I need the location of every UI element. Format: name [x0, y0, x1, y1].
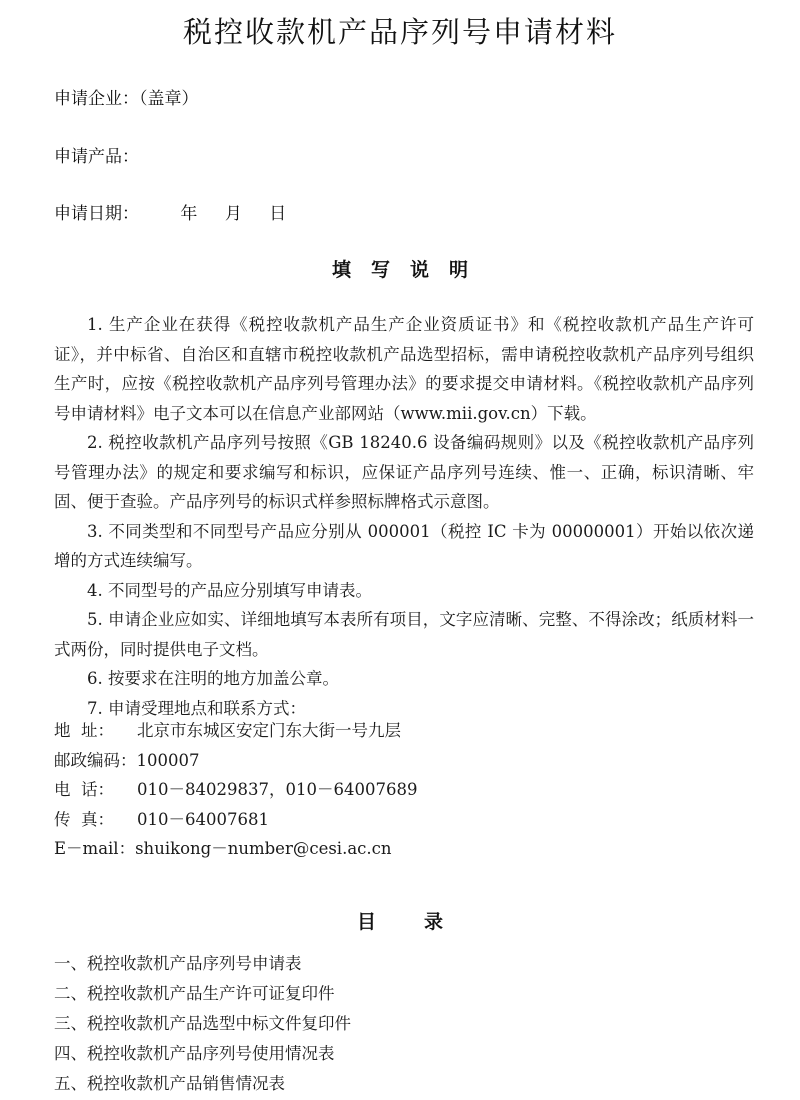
instructions-list: 1. 生产企业在获得《税控收款机产品生产企业资质证书》和《税控收款机产品生产许可… — [54, 310, 754, 723]
phone-value: 010－84029837，010－64007689 — [137, 780, 417, 799]
date-year-label: 年 — [180, 204, 197, 224]
instruction-item-1: 1. 生产企业在获得《税控收款机产品生产企业资质证书》和《税控收款机产品生产许可… — [54, 310, 754, 428]
applicant-field-label: 申请企业：（盖章） — [54, 84, 199, 109]
phone-label: 电 — [54, 775, 71, 805]
postcode-label: 邮政编码： — [54, 751, 137, 770]
date-field: 申请日期： 年 月 日 — [54, 199, 294, 224]
date-field-label: 申请日期： — [54, 204, 139, 224]
toc-list: 一、税控收款机产品序列号申请表 二、税控收款机产品生产许可证复印件 三、税控收款… — [54, 949, 351, 1099]
postcode-value: 100007 — [137, 751, 200, 770]
fax-label: 传 — [54, 805, 71, 835]
toc-item-5: 五、税控收款机产品销售情况表 — [54, 1069, 351, 1099]
document-title: 税控收款机产品序列号申请材料 — [0, 10, 800, 51]
toc-item-4: 四、税控收款机产品序列号使用情况表 — [54, 1039, 351, 1069]
date-day-label: 日 — [269, 204, 286, 224]
instruction-item-6: 6. 按要求在注明的地方加盖公章。 — [54, 664, 754, 694]
contact-phone-row: 电话：010－84029837，010－64007689 — [54, 775, 417, 805]
contact-postcode-row: 邮政编码：100007 — [54, 746, 417, 776]
instructions-heading: 填写说明 — [0, 255, 800, 282]
address-value: 北京市东城区安定门东大街一号九层 — [137, 721, 401, 740]
instruction-item-5: 5. 申请企业应如实、详细地填写本表所有项目，文字应清晰、完整、不得涂改；纸质材… — [54, 605, 754, 664]
address-label: 地 — [54, 716, 71, 746]
toc-item-1: 一、税控收款机产品序列号申请表 — [54, 949, 351, 979]
fax-value: 010－64007681 — [137, 810, 269, 829]
contact-block: 地址：北京市东城区安定门东大街一号九层 邮政编码：100007 电话：010－8… — [54, 716, 417, 864]
instruction-item-3: 3. 不同类型和不同型号产品应分别从 000001（税控 IC 卡为 00000… — [54, 517, 754, 576]
toc-item-3: 三、税控收款机产品选型中标文件复印件 — [54, 1009, 351, 1039]
email-label: E－mail： — [54, 839, 135, 858]
contact-fax-row: 传真：010－64007681 — [54, 805, 417, 835]
toc-heading: 目录 — [0, 907, 800, 934]
date-month-label: 月 — [225, 204, 242, 224]
product-field-label: 申请产品： — [54, 142, 139, 167]
instruction-item-4: 4. 不同型号的产品应分别填写申请表。 — [54, 576, 754, 606]
contact-address-row: 地址：北京市东城区安定门东大街一号九层 — [54, 716, 417, 746]
email-value: shuikong－number@cesi.ac.cn — [135, 839, 391, 858]
toc-item-2: 二、税控收款机产品生产许可证复印件 — [54, 979, 351, 1009]
contact-email-row: E－mail：shuikong－number@cesi.ac.cn — [54, 834, 417, 864]
instruction-item-2: 2. 税控收款机产品序列号按照《GB 18240.6 设备编码规则》以及《税控收… — [54, 428, 754, 517]
